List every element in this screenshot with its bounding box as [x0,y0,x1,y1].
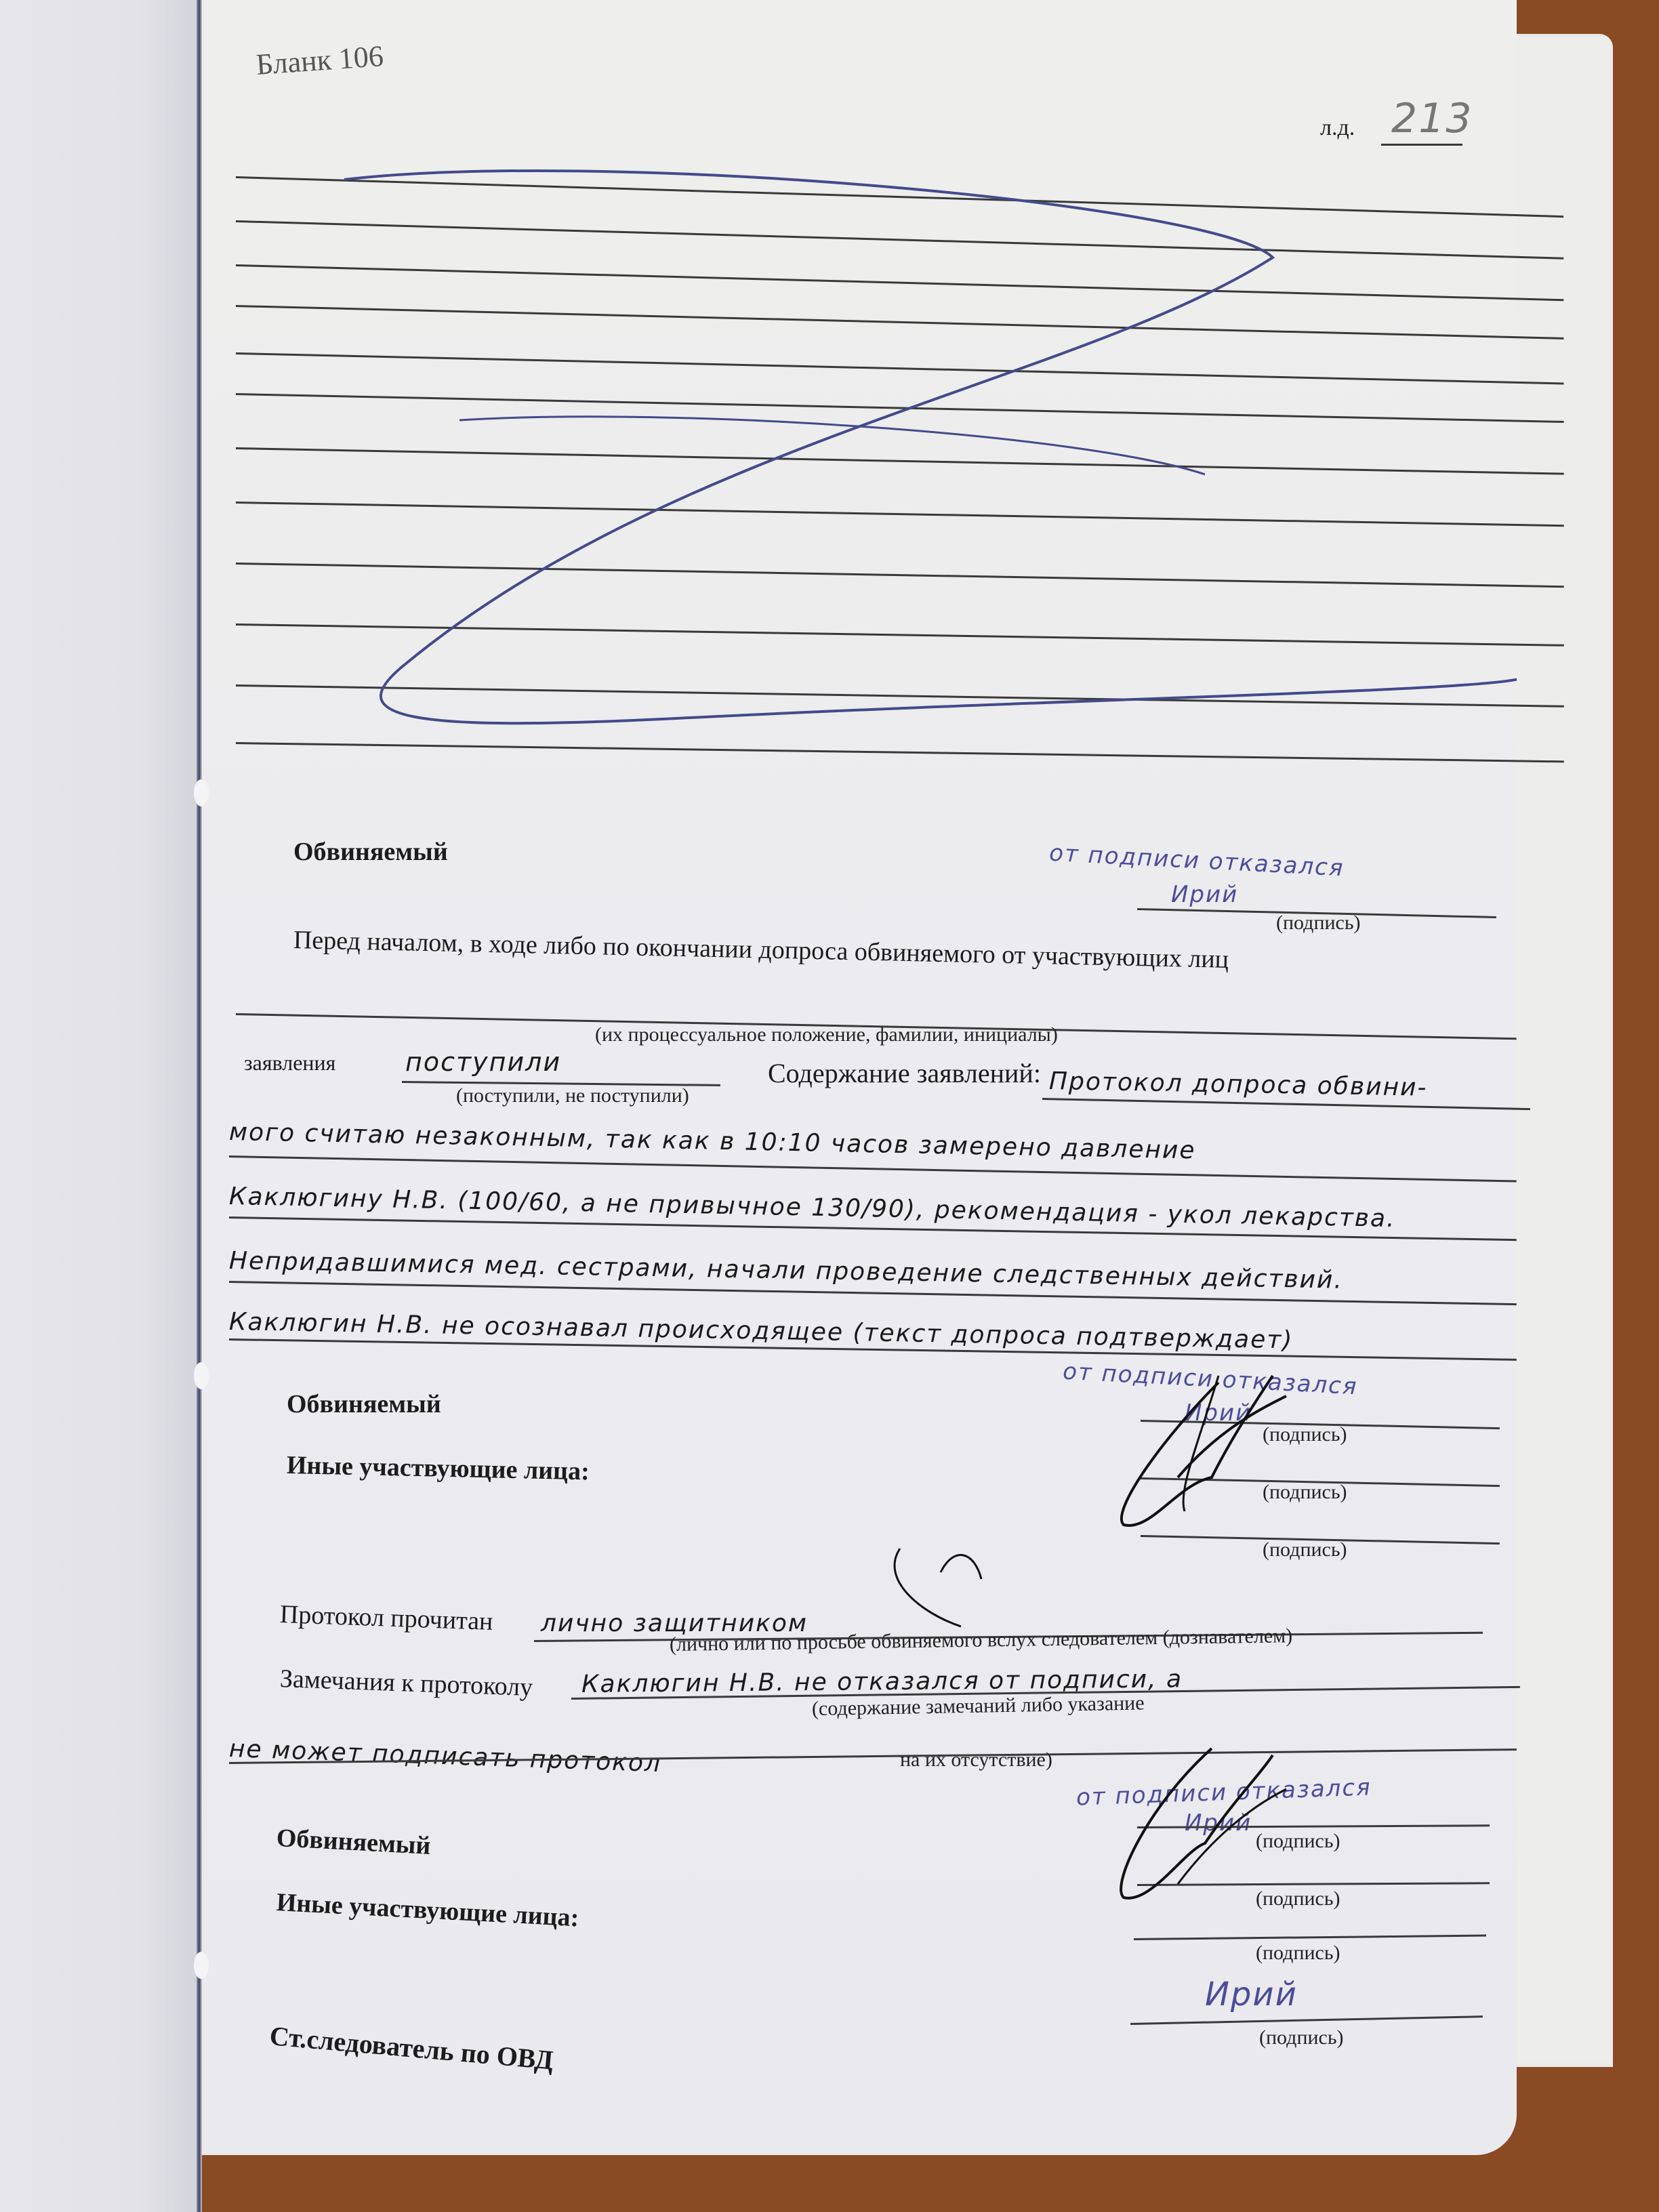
signature-caption: (подпись) [1256,1887,1340,1910]
binding-edge [197,0,202,2212]
statements-content-label: Содержание заявлений: [768,1057,1041,1089]
protocol-sheet: Бланк 106 л.д. 213 Обвиняемый от подписи… [202,0,1517,2155]
statements-caption: (поступили, не поступили) [456,1084,689,1107]
form-label: Бланк 106 [255,39,384,82]
signature-caption: (подпись) [1259,2026,1344,2049]
accused-refusal-note-1: от подписи отказался [1048,840,1345,882]
signature-caption: (подпись) [1263,1538,1347,1561]
persons-caption: (их процессуальное положение, фамилии, и… [595,1023,1058,1046]
signature-caption: (подпись) [1263,1423,1347,1446]
investigator-label: Ст.следователь по ОВД [268,2020,555,2076]
remarks-label: Замечания к протоколу [279,1664,533,1702]
statements-value: поступили [405,1047,561,1077]
accused-label-1: Обвиняемый [293,837,448,867]
remarks-caption-2: на их отсутствие) [900,1748,1052,1771]
statements-intro: Перед началом, в ходе либо по окончании … [293,925,1229,975]
accused-label-2: Обвиняемый [287,1389,441,1419]
case-sheet-underline [1381,144,1462,146]
other-participants-label-2: Иные участвующие лица: [276,1887,580,1933]
signature-caption: (подпись) [1256,1942,1340,1965]
punch-hole [194,1362,209,1389]
punch-hole [194,779,209,806]
signature-caption: (подпись) [1276,912,1361,935]
statements-label: заявления [244,1050,335,1076]
investigator-signature-line [1130,2015,1483,2025]
other-participants-label-1: Иные участвующие лица: [287,1450,590,1486]
remarks-value-2: не может подписать протокол [228,1735,661,1778]
signature-caption: (подпись) [1263,1481,1347,1504]
statement-line: Протокол допроса обвини- [1049,1067,1428,1102]
accused-refusal-note-2: от подписи отказался [1062,1358,1358,1401]
accused-label-3: Обвиняемый [276,1823,432,1861]
statement-line: Непридавшимися мед. сестрами, начали про… [229,1247,1344,1294]
accused-refusal-note-3: от подписи отказался [1076,1774,1372,1811]
punch-hole [194,1952,209,1979]
statement-line: Каклюгину Н.В. (100/60, а не привычное 1… [229,1183,1396,1233]
participant-signature-line [1137,1882,1490,1886]
case-sheet-number: 213 [1391,95,1473,142]
participant-signature-line [1134,1935,1486,1940]
investigator-signature: Ирий [1205,1975,1298,2013]
signature-caption: (подпись) [1256,1830,1340,1853]
accused-initials-1: Ирий [1171,881,1238,908]
remarks-caption-1: (содержание замечаний либо указание [812,1692,1145,1721]
left-facing-page [0,0,200,2212]
case-sheet-label: л.д. [1320,115,1355,141]
accused-initials-3: Ирий [1185,1809,1252,1837]
protocol-read-label: Протокол прочитан [279,1599,493,1637]
